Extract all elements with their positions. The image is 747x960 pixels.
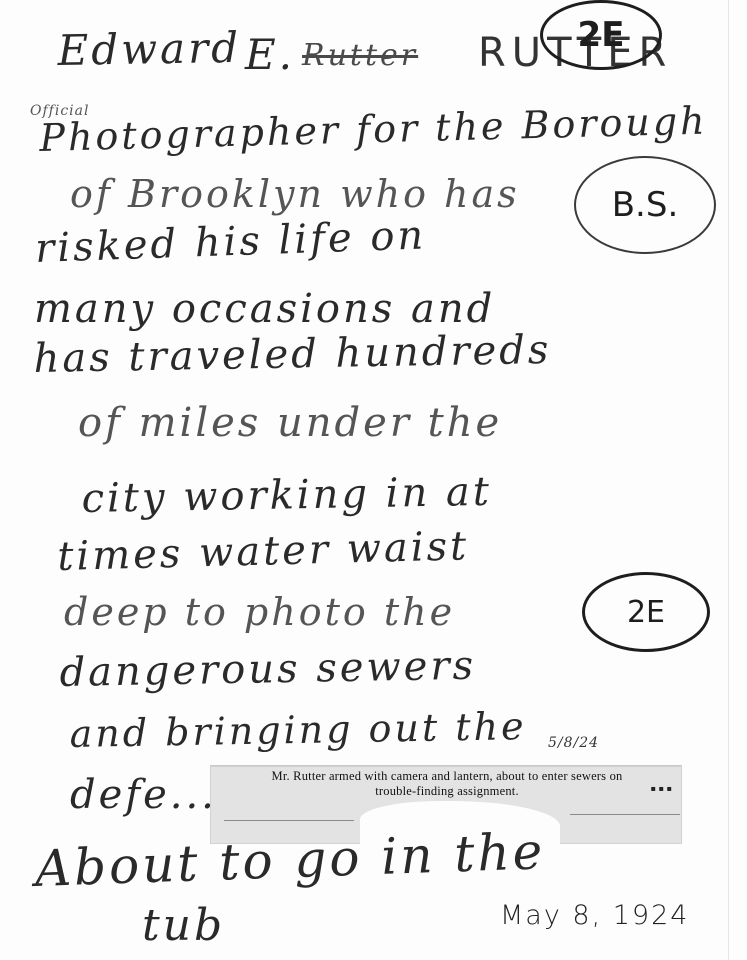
scanned-document-page: Edward E. Rutter RUTTER 2E Official Phot… [0,0,747,960]
page-edge [728,0,729,960]
handwritten-line-2: of Brooklyn who has [70,172,520,216]
circled-bs: B.S. [574,156,716,254]
small-date-annotation: 5/8/24 [548,735,599,751]
handwritten-line-4: many occasions and [34,286,495,332]
clipping-caption-line-2: trouble-finding assignment. [216,784,678,799]
handwritten-middle-initial: E. [245,30,295,79]
handwritten-line-7: city working in at [81,469,492,522]
circled-code-2e-top-label: 2E [578,15,625,55]
handwritten-line-3: risked his life on [34,212,426,272]
circled-code-2e-middle: 2E [582,572,710,652]
handwritten-line-1: Photographer for the Borough [39,99,708,160]
handwritten-line-6: of miles under the [78,400,502,446]
clipping-caption: Mr. Rutter armed with camera and lantern… [216,769,678,799]
circled-code-2e-middle-label: 2E [627,595,665,630]
handwritten-line-5: has traveled hundreds [33,327,551,382]
clipping-marks: ▪ ▪ ▪ [651,784,672,793]
clipping-rule-left [224,820,354,821]
handwritten-line-10: dangerous sewers [59,643,476,696]
handwritten-line-8: times water waist [57,523,470,580]
handwritten-first-name: Edward [57,23,241,75]
handwritten-line-12: defe... [70,772,217,818]
handwritten-line-9: deep to photo the [64,590,455,634]
crossed-out-surname: Rutter [302,38,418,73]
circled-code-2e-top: 2E [540,0,662,70]
clipping-rule-right [570,814,680,815]
handwritten-line-14: tub [142,900,225,951]
handwritten-date: May 8, 1924 [500,900,689,931]
clipping-caption-line-1: Mr. Rutter armed with camera and lantern… [216,769,678,784]
handwritten-line-13: About to go in the [34,822,546,898]
circled-bs-label: B.S. [612,185,679,225]
handwritten-line-11: and bringing out the [69,704,527,756]
